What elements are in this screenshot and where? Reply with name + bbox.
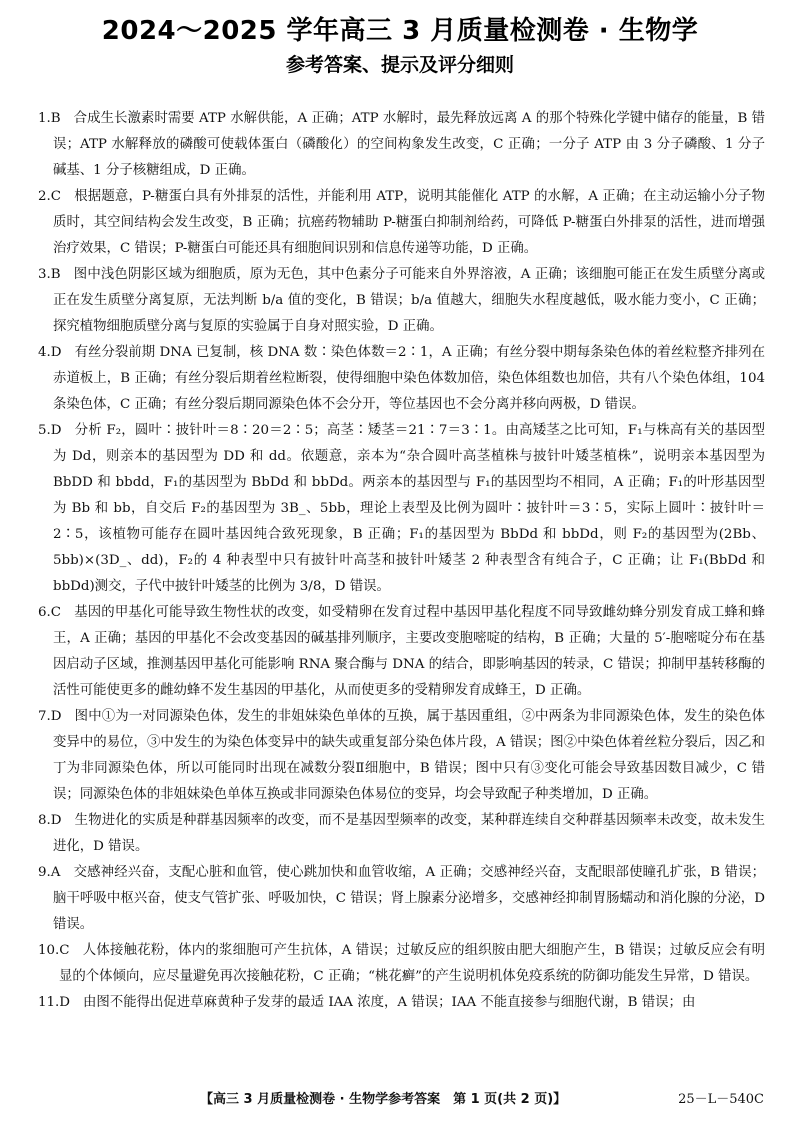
answer-explanation: 根据题意，P-糖蛋白具有外排泵的活性，并能利用 ATP，说明其能催化 ATP 的… [53, 189, 765, 256]
answer-explanation: 图中浅色阴影区域为细胞质，原为无色，其中色素分子可能来自外界溶液，A 正确；该细… [53, 267, 765, 334]
answer-item-2: 2.C根据题意，P-糖蛋白具有外排泵的活性，并能利用 ATP，说明其能催化 AT… [38, 184, 765, 262]
answer-item-6: 6.C基因的甲基化可能导致生物性状的改变，如受精卵在发育过程中基因甲基化程度不同… [38, 600, 765, 704]
answer-explanation: 交感神经兴奋，支配心脏和血管，使心跳加快和血管收缩，A 正确；交感神经兴奋，支配… [53, 865, 765, 932]
answer-item-9: 9.A交感神经兴奋，支配心脏和血管，使心跳加快和血管收缩，A 正确；交感神经兴奋… [38, 860, 765, 938]
answer-explanation: 由图不能得出促进草麻黄种子发芽的最适 IAA 浓度，A 错误；IAA 不能直接参… [83, 995, 695, 1010]
answer-item-7: 7.D图中①为一对同源染色体，发生的非姐妹染色单体的互换，属于基因重组，②中两条… [38, 704, 765, 808]
answer-explanation: 人体接触花粉，体内的浆细胞可产生抗体，A 错误；过敏反应的组织胺由肥大细胞产生，… [59, 943, 765, 984]
question-number: 5. [38, 418, 51, 444]
answer-item-8: 8.D生物进化的实质是种群基因频率的改变，而不是基因型频率的改变，某种群连续自交… [38, 808, 765, 860]
answer-explanation: 生物进化的实质是种群基因频率的改变，而不是基因型频率的改变，某种群连续自交种群基… [53, 813, 765, 854]
answer-key: A [51, 865, 61, 880]
answer-explanation: 有丝分裂前期 DNA 已复制，核 DNA 数∶染色体数＝2∶1，A 正确；有丝分… [53, 345, 765, 412]
answer-key: B [51, 267, 61, 282]
question-number: 1. [38, 106, 51, 132]
question-number: 9. [38, 860, 51, 886]
question-number: 8. [38, 808, 51, 834]
answer-explanation: 图中①为一对同源染色体，发生的非姐妹染色单体的互换，属于基因重组，②中两条为非同… [53, 709, 765, 802]
question-number: 6. [38, 600, 51, 626]
answer-item-11: 11.D由图不能得出促进草麻黄种子发芽的最适 IAA 浓度，A 错误；IAA 不… [38, 990, 765, 1016]
question-number: 4. [38, 340, 51, 366]
question-number: 11. [38, 990, 59, 1016]
answer-key: C [51, 605, 61, 620]
answer-key: D [51, 423, 62, 438]
answer-item-10: 10.C人体接触花粉，体内的浆细胞可产生抗体，A 错误；过敏反应的组织胺由肥大细… [38, 938, 765, 990]
footer-doc-code: 25－L－540C [678, 1088, 764, 1107]
question-number: 3. [38, 262, 51, 288]
question-number: 10. [38, 938, 59, 964]
answer-key: D [51, 709, 62, 724]
question-number: 2. [38, 184, 51, 210]
answer-list: 1.B合成生长激素时需要 ATP 水解供能，A 正确；ATP 水解时，最先释放远… [38, 106, 765, 1016]
answer-key: D [51, 813, 62, 828]
answer-item-3: 3.B图中浅色阴影区域为细胞质，原为无色，其中色素分子可能来自外界溶液，A 正确… [38, 262, 765, 340]
question-number: 7. [38, 704, 51, 730]
answer-key: C [59, 943, 69, 958]
answer-item-5: 5.D分析 F₂，圆叶∶披针叶＝8∶20＝2∶5；高茎∶矮茎＝21∶7＝3∶1。… [38, 418, 765, 600]
page-title: 2024～2025 学年高三 3 月质量检测卷 · 生物学 [0, 10, 800, 47]
answer-key: D [51, 345, 62, 360]
answer-key: C [51, 189, 61, 204]
page-subtitle: 参考答案、提示及评分细则 [0, 50, 800, 77]
answer-explanation: 分析 F₂，圆叶∶披针叶＝8∶20＝2∶5；高茎∶矮茎＝21∶7＝3∶1。由高矮… [53, 423, 765, 594]
answer-explanation: 基因的甲基化可能导致生物性状的改变，如受精卵在发育过程中基因甲基化程度不同导致雌… [53, 605, 765, 698]
footer-page-info: 【高三 3 月质量检测卷 · 生物学参考答案 第 1 页(共 2 页)】 [200, 1088, 566, 1107]
answer-item-4: 4.D有丝分裂前期 DNA 已复制，核 DNA 数∶染色体数＝2∶1，A 正确；… [38, 340, 765, 418]
answer-explanation: 合成生长激素时需要 ATP 水解供能，A 正确；ATP 水解时，最先释放远离 A… [53, 111, 765, 178]
answer-item-1: 1.B合成生长激素时需要 ATP 水解供能，A 正确；ATP 水解时，最先释放远… [38, 106, 765, 184]
answer-key: D [59, 995, 70, 1010]
answer-key: B [51, 111, 61, 126]
